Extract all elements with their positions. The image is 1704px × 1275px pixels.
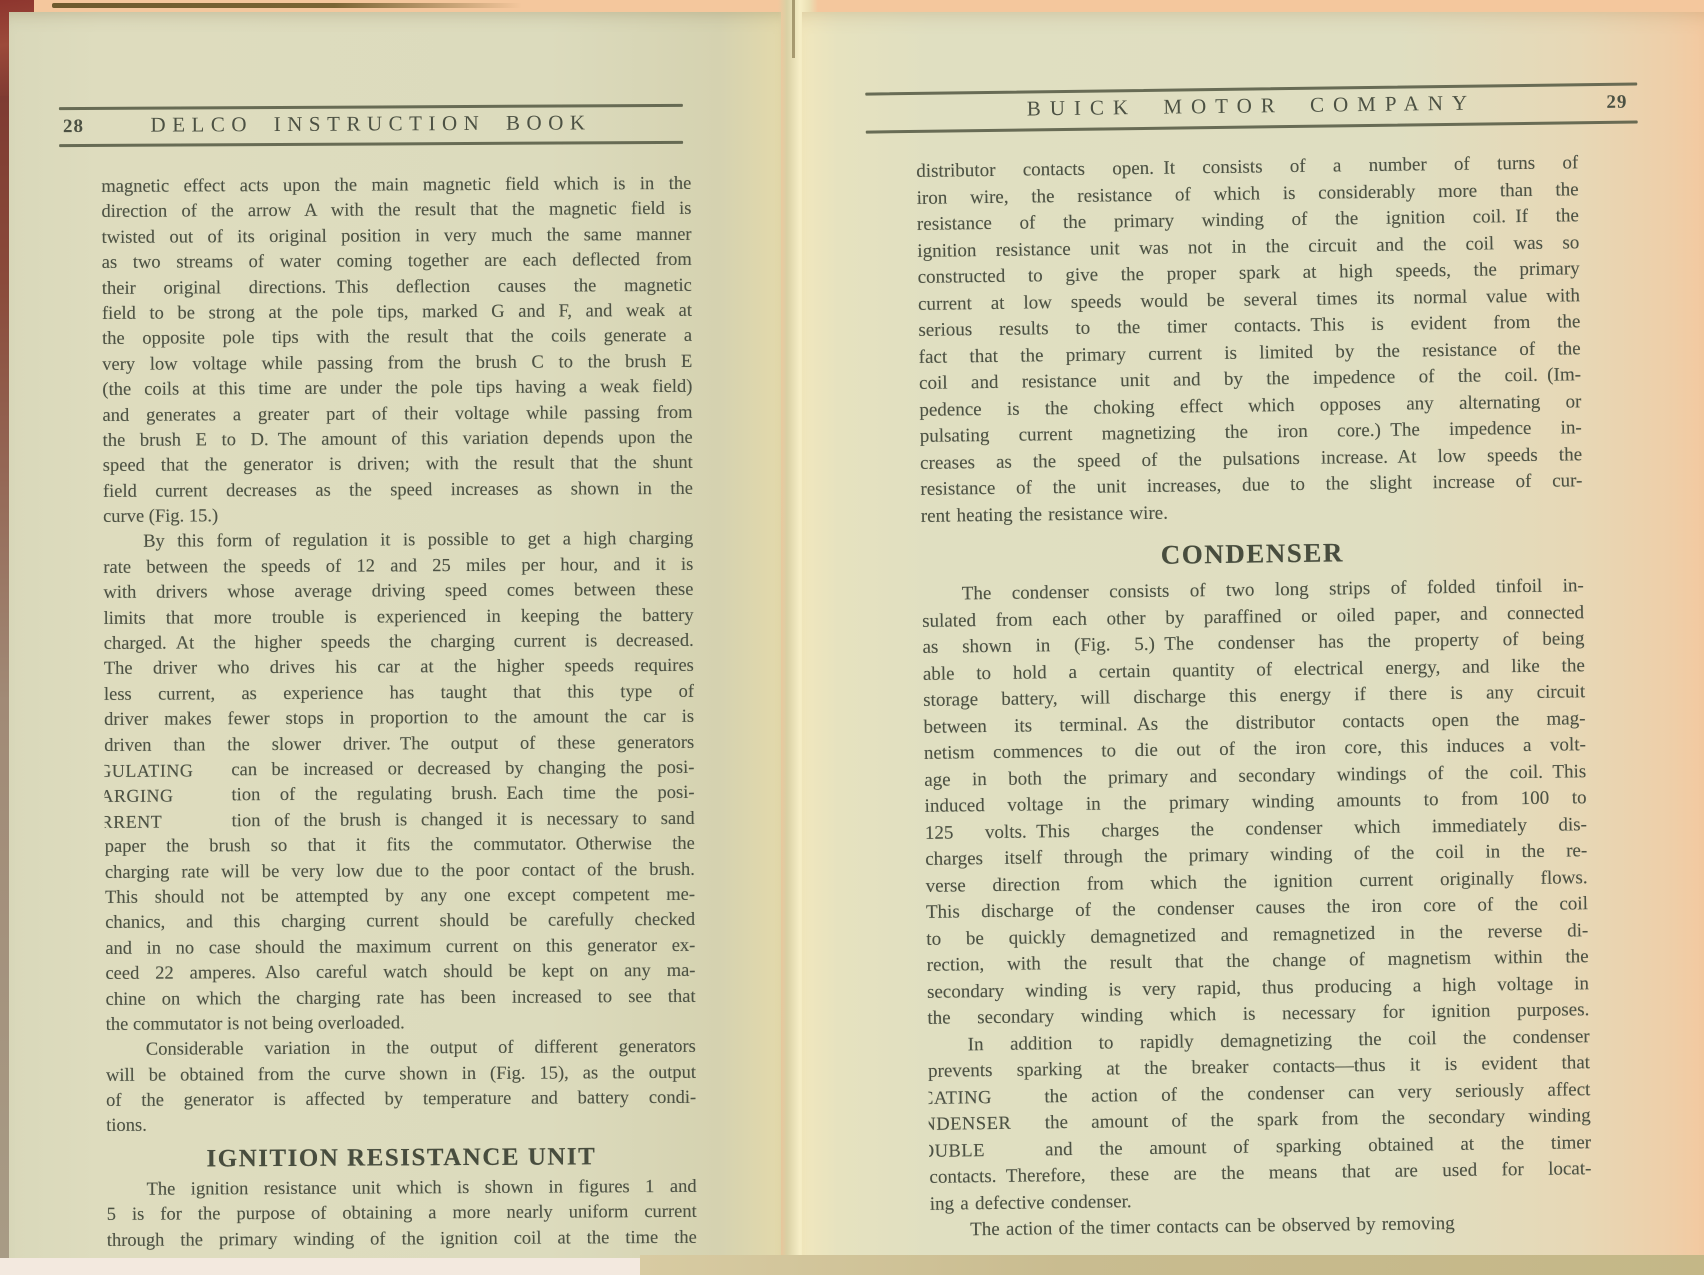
line-text: 5 is for the purpose of obtaining a more… [107, 1202, 697, 1225]
line-text: rent heating the resistance wire. [921, 502, 1168, 526]
text-line: paper the brush so that it fits the comm… [105, 832, 695, 860]
text-line: CURRENTtion of the brush is changed it i… [105, 807, 695, 835]
text-line: chine on which the charging rate has bee… [106, 984, 696, 1012]
sidenote-label: CHARGING [104, 784, 173, 810]
text-line: The driver who drives his car at the hig… [104, 654, 694, 682]
text-line: Considerable variation in the output of … [106, 1035, 696, 1063]
line-text: paper the brush so that it fits the comm… [105, 834, 695, 857]
line-text: charged. At the higher speeds the chargi… [104, 631, 694, 654]
text-line: direction of the arrow A with the result… [101, 197, 691, 225]
text-line: 5 is for the purpose of obtaining a more… [107, 1200, 697, 1228]
text-line: and in no case should the maximum curren… [105, 934, 695, 962]
line-text: chine on which the charging rate has bee… [106, 986, 696, 1009]
text-line: ceed 22 amperes. Also careful watch shou… [105, 959, 695, 987]
line-text: the commutator is not being overloaded. [106, 1013, 405, 1035]
text-line: will be obtained from the curve shown in… [106, 1060, 696, 1088]
text-line: charging rate will be very low due to th… [105, 857, 695, 885]
line-text: the amount of the spark from the seconda… [1045, 1105, 1591, 1133]
left-page: 28 DELCO INSTRUCTION BOOK magnetic effec… [9, 12, 781, 1260]
text-line: driver makes fewer stops in proportion t… [104, 705, 694, 733]
line-text: the brush E to D. The amount of this var… [103, 428, 693, 451]
text-line: This should not be attempted by any one … [105, 883, 695, 911]
header-rule-top [59, 104, 683, 110]
line-text: twisted out of its original position in … [102, 225, 692, 248]
line-text: driven than the slower driver. The outpu… [104, 732, 694, 755]
section-heading: CONDENSER [921, 529, 1583, 578]
line-text: and generates a greater part of their vo… [102, 402, 692, 425]
text-line: (the coils at this time are under the po… [102, 375, 692, 403]
line-text: very low voltage while passing from the … [102, 352, 692, 375]
table-surface-right [640, 1255, 1704, 1275]
line-text: tion of the brush is changed it is neces… [232, 809, 695, 831]
line-text: will be obtained from the curve shown in… [106, 1062, 696, 1085]
text-line: very low voltage while passing from the … [102, 350, 692, 378]
sidenote-label: CURRENT [105, 809, 163, 835]
line-text: and the amount of sparking obtained at t… [1045, 1132, 1591, 1160]
sidenote-label: CONDENSER [929, 1111, 1012, 1139]
text-line: speed that the generator is driven; with… [103, 451, 693, 479]
running-head-title: DELCO INSTRUCTION BOOK [59, 110, 683, 138]
left-page-body: magnetic effect acts upon the main magne… [101, 172, 697, 1254]
line-text: ceed 22 amperes. Also careful watch shou… [105, 961, 695, 984]
line-text: limits that more trouble is experienced … [104, 605, 694, 628]
text-line: the brush E to D. The amount of this var… [103, 426, 693, 454]
line-text: Considerable variation in the output of … [146, 1037, 696, 1060]
text-line: chanics, and this charging current shoul… [105, 908, 695, 936]
text-line: charged. At the higher speeds the chargi… [104, 629, 694, 657]
line-text: can be increased or decreased by changin… [231, 758, 694, 780]
line-text: of the generator is affected by temperat… [106, 1088, 696, 1111]
text-line: less current, as experience has taught t… [104, 680, 694, 708]
text-line: By this form of regulation it is possibl… [103, 527, 693, 555]
line-text: field current decreases as the speed inc… [103, 479, 693, 502]
line-text: The driver who drives his car at the hig… [104, 656, 694, 679]
line-text: field to be strong at the pole tips, mar… [102, 301, 692, 324]
text-line: magnetic effect acts upon the main magne… [101, 172, 691, 200]
line-text: This should not be attempted by any one … [105, 885, 695, 908]
text-line: curve (Fig. 15.) [103, 502, 693, 530]
sidenote-label: REGULATING [104, 758, 193, 784]
line-text: chanics, and this charging current shoul… [105, 910, 695, 933]
left-page-header: 28 DELCO INSTRUCTION BOOK [59, 110, 683, 143]
right-page: BUICK MOTOR COMPANY 29 distributor conta… [802, 12, 1704, 1260]
text-line: rate between the speeds of 12 and 25 mil… [103, 553, 693, 581]
line-text: rate between the speeds of 12 and 25 mil… [103, 555, 693, 578]
line-text: charging rate will be very low due to th… [105, 859, 695, 882]
line-text: tion of the regulating brush. Each time … [231, 783, 694, 805]
line-text: ing a defective condenser. [930, 1191, 1132, 1215]
sidenote-label: TROUBLE [929, 1138, 985, 1165]
text-line: through the primary winding of the ignit… [107, 1225, 697, 1253]
line-text: By this form of regulation it is possibl… [143, 529, 693, 552]
text-line: of the generator is affected by temperat… [106, 1086, 696, 1114]
line-text: as two streams of water coming together … [102, 250, 692, 273]
text-line: the opposite pole tips with the result t… [102, 324, 692, 352]
line-text: less current, as experience has taught t… [104, 682, 694, 705]
line-text: direction of the arrow A with the result… [101, 199, 691, 222]
line-text: through the primary winding of the ignit… [107, 1227, 697, 1250]
text-line: tions. [106, 1111, 696, 1139]
text-line: field to be strong at the pole tips, mar… [102, 299, 692, 327]
text-line: field current decreases as the speed inc… [103, 477, 693, 505]
sidenote-label: LOCATING [928, 1085, 992, 1112]
text-line: the commutator is not being overloaded. [106, 1010, 696, 1038]
line-text: their original directions. This deflecti… [102, 275, 692, 298]
table-surface-left [0, 1258, 640, 1275]
line-text: tions. [106, 1116, 147, 1136]
line-text: speed that the generator is driven; with… [103, 453, 693, 476]
line-text: The action of the timer contacts can be … [970, 1213, 1455, 1240]
text-line: CHARGINGtion of the regulating brush. Ea… [104, 781, 694, 809]
text-line: The ignition resistance unit which is sh… [107, 1175, 697, 1203]
line-text: curve (Fig. 15.) [103, 506, 218, 527]
text-line: limits that more trouble is experienced … [104, 603, 694, 631]
text-line: and generates a greater part of their vo… [102, 400, 692, 428]
left-page-content: 28 DELCO INSTRUCTION BOOK magnetic effec… [5, 8, 784, 1260]
right-page-body: distributor contacts open. It consists o… [916, 150, 1592, 1244]
line-text: (the coils at this time are under the po… [102, 377, 692, 400]
line-text: and in no case should the maximum curren… [105, 936, 695, 959]
line-text: the opposite pole tips with the result t… [102, 326, 692, 349]
page-edge-shadow [52, 3, 522, 8]
text-line: their original directions. This deflecti… [102, 273, 692, 301]
text-line: driven than the slower driver. The outpu… [104, 730, 694, 758]
line-text: with drivers whose average driving speed… [103, 580, 693, 603]
line-text: driver makes fewer stops in proportion t… [104, 707, 694, 730]
section-heading: IGNITION RESISTANCE UNIT [106, 1140, 696, 1177]
line-text: The ignition resistance unit which is sh… [147, 1177, 697, 1200]
text-line: twisted out of its original position in … [102, 223, 692, 251]
line-text: the action of the condenser can very ser… [1044, 1079, 1590, 1107]
line-text: magnetic effect acts upon the main magne… [101, 174, 691, 197]
right-page-content: BUICK MOTOR COMPANY 29 distributor conta… [792, 1, 1704, 1261]
text-line: as two streams of water coming together … [102, 248, 692, 276]
book-spread: 28 DELCO INSTRUCTION BOOK magnetic effec… [0, 0, 1704, 1275]
text-line: REGULATINGcan be increased or decreased … [104, 756, 694, 784]
text-line: with drivers whose average driving speed… [103, 578, 693, 606]
page-number: 29 [1606, 92, 1627, 114]
